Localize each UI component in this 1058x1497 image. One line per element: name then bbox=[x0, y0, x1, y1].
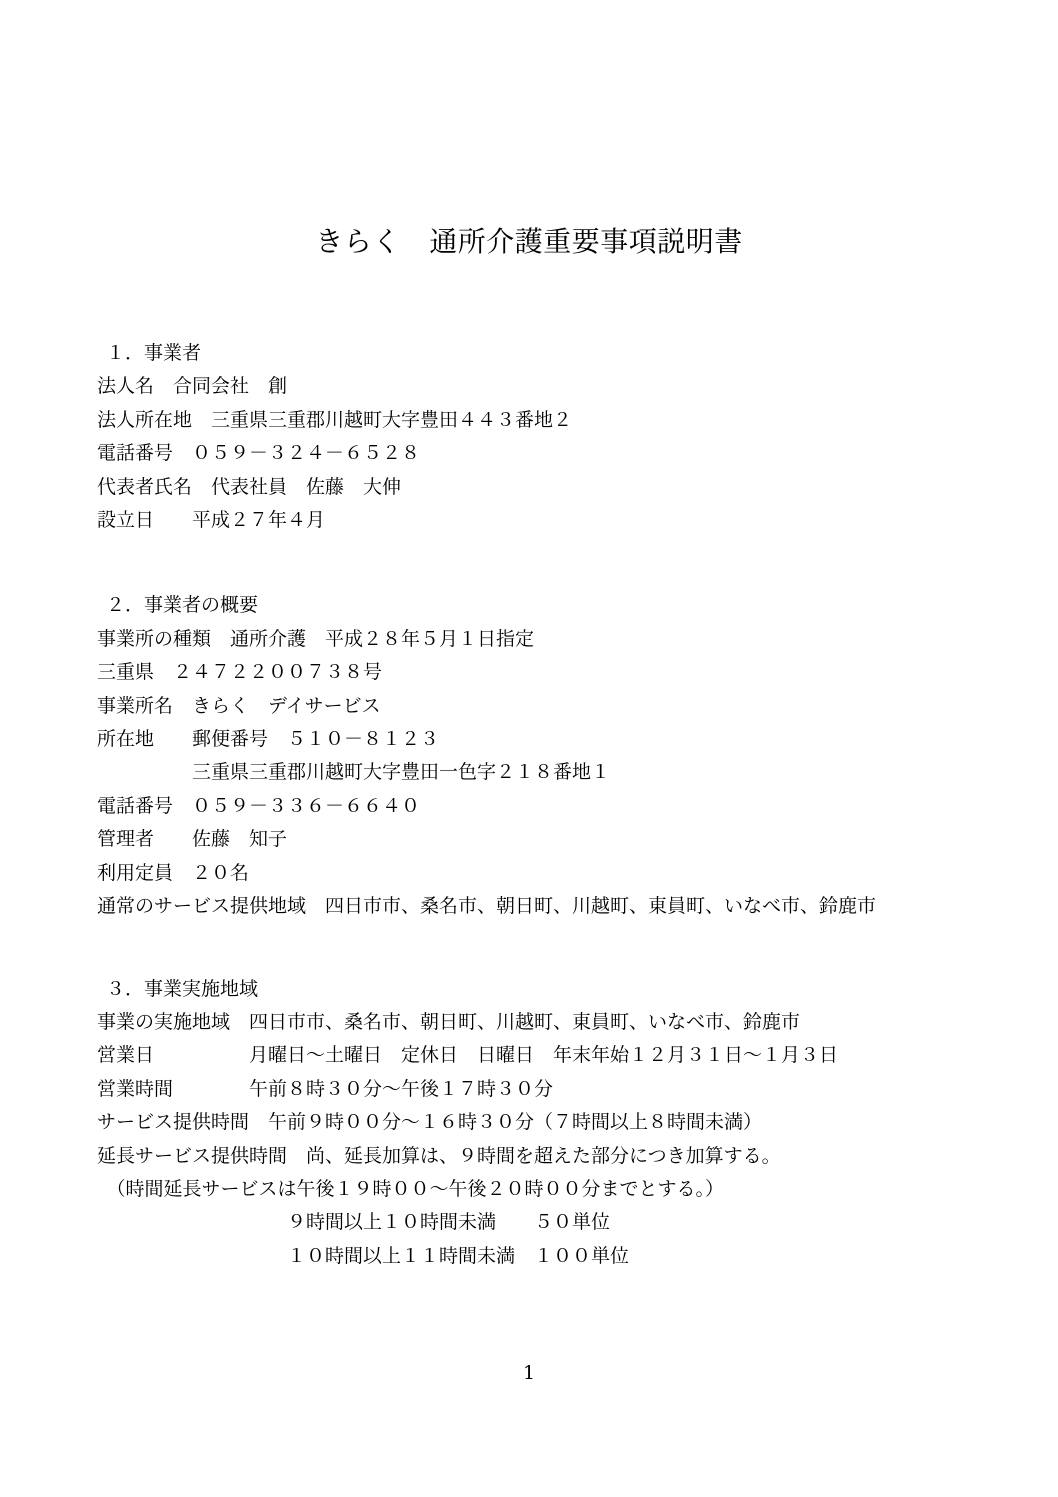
section-implementation-area: ３．事業実施地域 事業の実施地域 四日市市、桑名市、朝日町、川越町、東員町、いな… bbox=[97, 973, 977, 1274]
implementation-area-line: 事業の実施地域 四日市市、桑名市、朝日町、川越町、東員町、いなべ市、鈴鹿市 bbox=[97, 1006, 977, 1039]
office-name-line: 事業所名 きらく デイサービス bbox=[97, 690, 977, 723]
document-title: きらく 通所介護重要事項説明書 bbox=[0, 220, 1058, 260]
section-heading-operator-overview: ２．事業者の概要 bbox=[97, 589, 977, 622]
page-number: 1 bbox=[0, 1360, 1058, 1386]
service-area-line: 通常のサービス提供地域 四日市市、桑名市、朝日町、川越町、東員町、いなべ市、鈴鹿… bbox=[97, 890, 977, 923]
extension-note-line: （時間延長サービスは午後１９時００～午後２０時００分までとする。） bbox=[97, 1173, 977, 1206]
extension-service-line: 延長サービス提供時間 尚、延長加算は、９時間を超えた部分につき加算する。 bbox=[97, 1140, 977, 1173]
document-page: きらく 通所介護重要事項説明書 １．事業者 法人名 合同会社 創 法人所在地 三… bbox=[0, 0, 1058, 1497]
section-heading-business-operator: １．事業者 bbox=[97, 337, 977, 370]
office-phone-line: 電話番号 ０５９－３３６－６６４０ bbox=[97, 790, 977, 823]
office-address-line: 三重県三重郡川越町大字豊田一色字２１８番地１ bbox=[97, 756, 977, 789]
corporate-phone-line: 電話番号 ０５９－３２４－６５２８ bbox=[97, 437, 977, 470]
section-business-operator: １．事業者 法人名 合同会社 創 法人所在地 三重県三重郡川越町大字豊田４４３番… bbox=[97, 337, 977, 537]
business-hours-line: 営業時間 午前８時３０分～午後１７時３０分 bbox=[97, 1073, 977, 1106]
service-hours-line: サービス提供時間 午前９時００分～１６時３０分（７時間以上８時間未満） bbox=[97, 1106, 977, 1139]
section-operator-overview: ２．事業者の概要 事業所の種類 通所介護 平成２８年５月１日指定 三重県 ２４７… bbox=[97, 589, 977, 923]
postal-code-line: 所在地 郵便番号 ５１０－８１２３ bbox=[97, 723, 977, 756]
section-heading-implementation-area: ３．事業実施地域 bbox=[97, 973, 977, 1006]
business-days-line: 営業日 月曜日～土曜日 定休日 日曜日 年末年始１２月３１日～１月３日 bbox=[97, 1039, 977, 1072]
office-type-line: 事業所の種類 通所介護 平成２８年５月１日指定 bbox=[97, 623, 977, 656]
corporate-name-line: 法人名 合同会社 創 bbox=[97, 370, 977, 403]
establishment-date-line: 設立日 平成２７年４月 bbox=[97, 504, 977, 537]
document-body: １．事業者 法人名 合同会社 創 法人所在地 三重県三重郡川越町大字豊田４４３番… bbox=[97, 337, 977, 1273]
user-capacity-line: 利用定員 ２０名 bbox=[97, 857, 977, 890]
extension-unit-100-line: １０時間以上１１時間未満 １００単位 bbox=[97, 1240, 977, 1273]
representative-name-line: 代表者氏名 代表社員 佐藤 大伸 bbox=[97, 471, 977, 504]
designation-number-line: 三重県 ２４７２２００７３８号 bbox=[97, 656, 977, 689]
manager-name-line: 管理者 佐藤 知子 bbox=[97, 823, 977, 856]
extension-unit-50-line: ９時間以上１０時間未満 ５０単位 bbox=[97, 1206, 977, 1239]
corporate-address-line: 法人所在地 三重県三重郡川越町大字豊田４４３番地２ bbox=[97, 404, 977, 437]
